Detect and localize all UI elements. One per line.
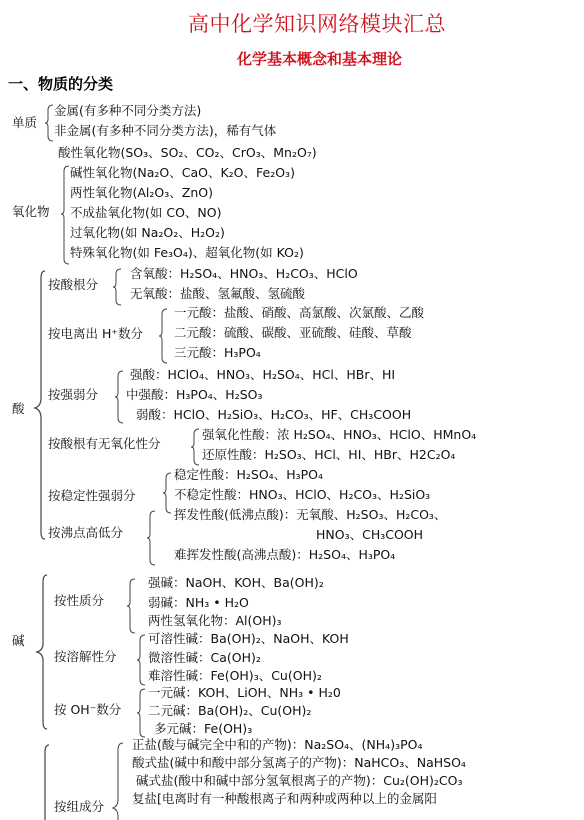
list-item: 可溶性碱：Ba(OH)₂、NaOH、KOH — [148, 630, 349, 648]
brace-icon — [136, 688, 146, 738]
brace-icon — [162, 472, 172, 514]
group-label: 按组成分 — [54, 798, 104, 816]
brace-icon — [112, 268, 122, 306]
list-item: 不成盐氧化物(如 CO、NO) — [70, 204, 221, 222]
list-item: 一元碱：KOH、LiOH、NH₃ • H₂0 — [148, 684, 341, 702]
list-item: 稳定性酸：H₂SO₄、H₃PO₄ — [174, 466, 323, 484]
brace-icon — [34, 574, 48, 730]
list-item: 复盐[电离时有一种酸根离子和两种或两种以上的金属阳 — [132, 790, 437, 808]
list-item: 两性氧化物(Al₂O₃、ZnO) — [70, 184, 213, 202]
list-item: 弱酸：HClO、H₂SiO₃、H₂CO₃、HF、CH₃COOH — [136, 406, 411, 424]
list-item: 一元酸：盐酸、硝酸、高氯酸、次氯酸、乙酸 — [174, 304, 424, 322]
list-item: 微溶性碱：Ca(OH)₂ — [148, 649, 261, 667]
list-item: 难挥发性酸(高沸点酸)：H₂SO₄、H₃PO₄ — [174, 546, 395, 564]
list-item: 强碱：NaOH、KOH、Ba(OH)₂ — [148, 574, 324, 592]
list-item: 强酸：HClO₄、HNO₃、H₂SO₄、HCl、HBr、HI — [130, 366, 395, 384]
group-label: 按溶解性分 — [54, 648, 117, 666]
group-label: 按 OH⁻数分 — [54, 701, 121, 719]
brace-icon — [146, 510, 156, 566]
list-item: 中强酸：H₃PO₄、H₂SO₃ — [126, 386, 263, 404]
category-label-elementary: 单质 — [12, 114, 37, 132]
group-label: 按性质分 — [54, 592, 104, 610]
list-item: 弱碱：NH₃ • H₂O — [148, 594, 249, 612]
list-item: 强氧化性酸：浓 H₂SO₄、HNO₃、HClO、HMnO₄ — [202, 426, 476, 444]
list-item: 碱性氧化物(Na₂O、CaO、K₂O、Fe₂O₃) — [70, 164, 295, 182]
group-label: 按强弱分 — [48, 386, 98, 404]
list-item: 过氧化物(如 Na₂O₂、H₂O₂) — [70, 224, 225, 242]
group-label: 按电离出 H⁺数分 — [48, 325, 143, 343]
brace-icon — [114, 370, 124, 424]
document-subtitle: 化学基本概念和基本理论 — [237, 48, 402, 69]
list-item: 二元碱：Ba(OH)₂、Cu(OH)₂ — [148, 702, 311, 720]
list-item: 无氧酸：盐酸、氢氟酸、氢硫酸 — [130, 285, 305, 303]
brace-icon — [36, 744, 50, 820]
list-item: 非金属(有多种不同分类方法)，稀有气体 — [54, 122, 276, 140]
list-item: 挥发性酸(低沸点酸)：无氧酸、H₂SO₃、H₂CO₃、 — [174, 506, 446, 524]
group-label: 按酸根有无氧化性分 — [48, 435, 161, 453]
list-item: HNO₃、CH₃COOH — [316, 526, 423, 544]
group-label: 按稳定性强弱分 — [48, 487, 136, 505]
list-item: 难溶性碱：Fe(OH)₃、Cu(OH)₂ — [148, 667, 322, 685]
list-item: 两性氢氧化物：Al(OH)₃ — [148, 612, 282, 630]
list-item: 三元酸：H₃PO₄ — [174, 344, 261, 362]
list-item: 酸式盐(碱中和酸中部分氢离子的产物)：NaHCO₃、NaHSO₄ — [132, 754, 466, 772]
section-heading: 一、物质的分类 — [8, 73, 113, 94]
category-label-acids: 酸 — [12, 400, 25, 418]
list-item: 不稳定性酸：HNO₃、HClO、H₂CO₃、H₂SiO₃ — [174, 486, 430, 504]
list-item: 还原性酸：H₂SO₃、HCl、HI、HBr、H2C₂O₄ — [202, 446, 455, 464]
brace-icon — [112, 742, 124, 820]
list-item: 碱式盐(酸中和碱中部分氢氧根离子的产物)：Cu₂(OH)₂CO₃ — [136, 772, 463, 790]
list-item: 特殊氧化物(如 Fe₃O₄)、超氧化物(如 KO₂) — [70, 244, 304, 262]
list-item: 酸性氧化物(SO₃、SO₂、CO₂、CrO₃、Mn₂O₇) — [58, 144, 317, 162]
list-item: 含氧酸：H₂SO₄、HNO₃、H₂CO₃、HClO — [130, 265, 358, 283]
brace-icon — [32, 270, 46, 540]
brace-icon — [44, 104, 54, 142]
list-item: 二元酸：硫酸、碳酸、亚硫酸、硅酸、草酸 — [174, 324, 412, 342]
brace-icon — [158, 308, 168, 364]
group-label: 按酸根分 — [48, 276, 98, 294]
brace-icon — [60, 165, 70, 265]
category-label-oxides: 氧化物 — [12, 203, 50, 221]
brace-icon — [136, 634, 146, 686]
brace-icon — [126, 578, 136, 634]
group-label: 按沸点高低分 — [48, 524, 123, 542]
category-label-bases: 碱 — [12, 632, 25, 650]
list-item: 金属(有多种不同分类方法) — [54, 102, 201, 120]
document-title: 高中化学知识网络模块汇总 — [188, 8, 446, 38]
list-item: 正盐(酸与碱完全中和的产物)：Na₂SO₄、(NH₄)₃PO₄ — [132, 736, 422, 754]
brace-icon — [190, 428, 200, 466]
